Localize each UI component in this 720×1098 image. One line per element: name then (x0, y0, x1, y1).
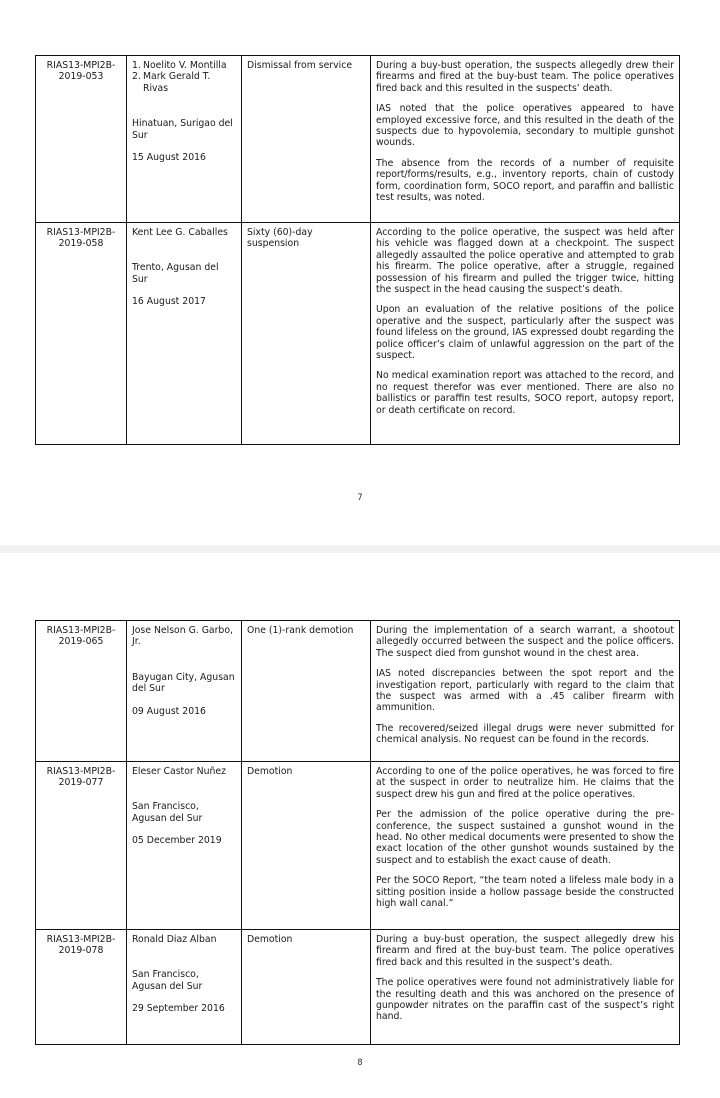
respondent-list: 1.Noelito V. Montilla 2.Mark Gerald T. R… (132, 60, 236, 94)
respondent-cell: Eleser Castor Nuñez San Francisco, Agusa… (127, 762, 242, 930)
incident-date: 09 August 2016 (132, 706, 236, 717)
document-page-7: RIAS13-MPI2B- 2019-053 1.Noelito V. Mont… (0, 0, 720, 545)
incident-place: Bayugan City, Agusan del Sur (132, 672, 236, 695)
case-id-cell: RIAS13-MPI2B- 2019-053 (36, 56, 127, 223)
case-id-cell: RIAS13-MPI2B- 2019-077 (36, 762, 127, 930)
incident-place: Hinatuan, Surigao del Sur (132, 118, 236, 141)
case-id-cell: RIAS13-MPI2B- 2019-058 (36, 223, 127, 445)
penalty: Demotion (247, 766, 292, 777)
case-id-cell: RIAS13-MPI2B- 2019-065 (36, 621, 127, 762)
finding-paragraph: According to the police operative, the s… (376, 227, 674, 295)
case-id-cell: RIAS13-MPI2B- 2019-078 (36, 930, 127, 1045)
finding-paragraph: The recovered/seized illegal drugs were … (376, 723, 674, 746)
penalty: Sixty (60)-day suspension (247, 227, 313, 249)
respondent-name: Eleser Castor Nuñez (132, 766, 236, 777)
respondent-cell: Jose Nelson G. Garbo, Jr. Bayugan City, … (127, 621, 242, 762)
case-id: RIAS13-MPI2B- 2019-065 (47, 625, 116, 647)
finding-paragraph: Upon an evaluation of the relative posit… (376, 304, 674, 361)
penalty-cell: Dismissal from service (242, 56, 371, 223)
incident-place: San Francisco, Agusan del Sur (132, 801, 236, 824)
case-id: RIAS13-MPI2B- 2019-058 (47, 227, 116, 249)
finding-paragraph: During a buy-bust operation, the suspect… (376, 60, 674, 94)
findings-cell: According to one of the police operative… (371, 762, 680, 930)
table-row: RIAS13-MPI2B- 2019-078 Ronald Diaz Alban… (36, 930, 680, 1045)
cases-table: RIAS13-MPI2B- 2019-053 1.Noelito V. Mont… (35, 55, 680, 445)
case-id: RIAS13-MPI2B- 2019-077 (47, 766, 116, 788)
finding-paragraph: IAS noted that the police operatives app… (376, 103, 674, 149)
page-separator (0, 545, 720, 553)
penalty: Demotion (247, 934, 292, 945)
respondent-cell: 1.Noelito V. Montilla 2.Mark Gerald T. R… (127, 56, 242, 223)
penalty-cell: Demotion (242, 762, 371, 930)
penalty-cell: Sixty (60)-day suspension (242, 223, 371, 445)
finding-paragraph: The police operatives were found not adm… (376, 977, 674, 1023)
findings-cell: According to the police operative, the s… (371, 223, 680, 445)
finding-paragraph: The absence from the records of a number… (376, 158, 674, 204)
finding-paragraph: According to one of the police operative… (376, 766, 674, 800)
table-row: RIAS13-MPI2B- 2019-065 Jose Nelson G. Ga… (36, 621, 680, 762)
finding-paragraph: Per the SOCO Report, “the team noted a l… (376, 875, 674, 909)
finding-paragraph: Per the admission of the police operativ… (376, 809, 674, 866)
incident-place: Trento, Agusan del Sur (132, 262, 236, 285)
respondent-item: 2.Mark Gerald T. Rivas (132, 71, 236, 94)
penalty: Dismissal from service (247, 60, 352, 71)
respondent-cell: Ronald Diaz Alban San Francisco, Agusan … (127, 930, 242, 1045)
respondent-name: Jose Nelson G. Garbo, Jr. (132, 625, 236, 648)
incident-date: 29 September 2016 (132, 1003, 236, 1014)
finding-paragraph: IAS noted discrepancies between the spot… (376, 668, 674, 714)
incident-place: San Francisco, Agusan del Sur (132, 969, 236, 992)
finding-paragraph: During the implementation of a search wa… (376, 625, 674, 659)
finding-paragraph: No medical examination report was attach… (376, 370, 674, 416)
case-id: RIAS13-MPI2B- 2019-053 (47, 60, 116, 82)
findings-cell: During the implementation of a search wa… (371, 621, 680, 762)
cases-table: RIAS13-MPI2B- 2019-065 Jose Nelson G. Ga… (35, 620, 680, 1045)
penalty-cell: Demotion (242, 930, 371, 1045)
page-number: 7 (0, 493, 720, 503)
incident-date: 16 August 2017 (132, 296, 236, 307)
case-id: RIAS13-MPI2B- 2019-078 (47, 934, 116, 956)
respondent-name: Ronald Diaz Alban (132, 934, 236, 945)
respondent-name: Kent Lee G. Caballes (132, 227, 236, 238)
findings-cell: During a buy-bust operation, the suspect… (371, 930, 680, 1045)
document-page-8: RIAS13-MPI2B- 2019-065 Jose Nelson G. Ga… (0, 553, 720, 1098)
penalty: One (1)-rank demotion (247, 625, 353, 636)
respondent-cell: Kent Lee G. Caballes Trento, Agusan del … (127, 223, 242, 445)
table-row: RIAS13-MPI2B- 2019-077 Eleser Castor Nuñ… (36, 762, 680, 930)
findings-cell: During a buy-bust operation, the suspect… (371, 56, 680, 223)
incident-date: 15 August 2016 (132, 152, 236, 163)
incident-date: 05 December 2019 (132, 835, 236, 846)
finding-paragraph: During a buy-bust operation, the suspect… (376, 934, 674, 968)
page-number: 8 (0, 1058, 720, 1068)
respondent-item: 1.Noelito V. Montilla (132, 60, 236, 71)
table-row: RIAS13-MPI2B- 2019-053 1.Noelito V. Mont… (36, 56, 680, 223)
table-row: RIAS13-MPI2B- 2019-058 Kent Lee G. Cabal… (36, 223, 680, 445)
penalty-cell: One (1)-rank demotion (242, 621, 371, 762)
